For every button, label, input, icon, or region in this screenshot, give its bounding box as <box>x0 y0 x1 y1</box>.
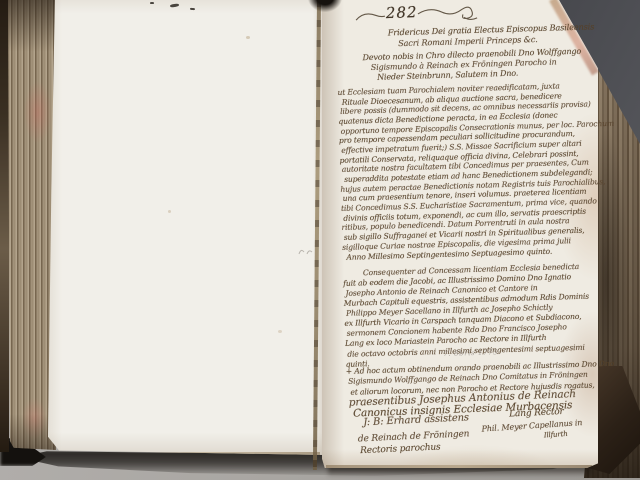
manuscript-line: Rectoris parochus <box>360 442 441 456</box>
manuscript-line: de Reinach de Fröningen <box>358 429 470 444</box>
foxing-spot <box>246 36 250 39</box>
photograph-of-open-manuscript-book: 282 Fridericus Dei gratia Electus Episco… <box>0 0 640 480</box>
pencil-margin-mark <box>297 246 315 258</box>
foxing-spot <box>278 330 282 333</box>
manuscript-line: Lang Rector <box>509 407 564 420</box>
manuscript-line: Illfurth <box>544 430 568 440</box>
foxing-spot <box>168 210 171 213</box>
ink-speck <box>150 2 154 4</box>
manuscript-text: Fridericus Dei gratia Electus Episcopus … <box>335 0 631 480</box>
left-blank-page <box>48 0 324 455</box>
manuscript-line: 7. 8bris 1775 <box>443 348 498 358</box>
left-cover-edge <box>0 0 9 452</box>
ink-speck <box>190 8 195 10</box>
